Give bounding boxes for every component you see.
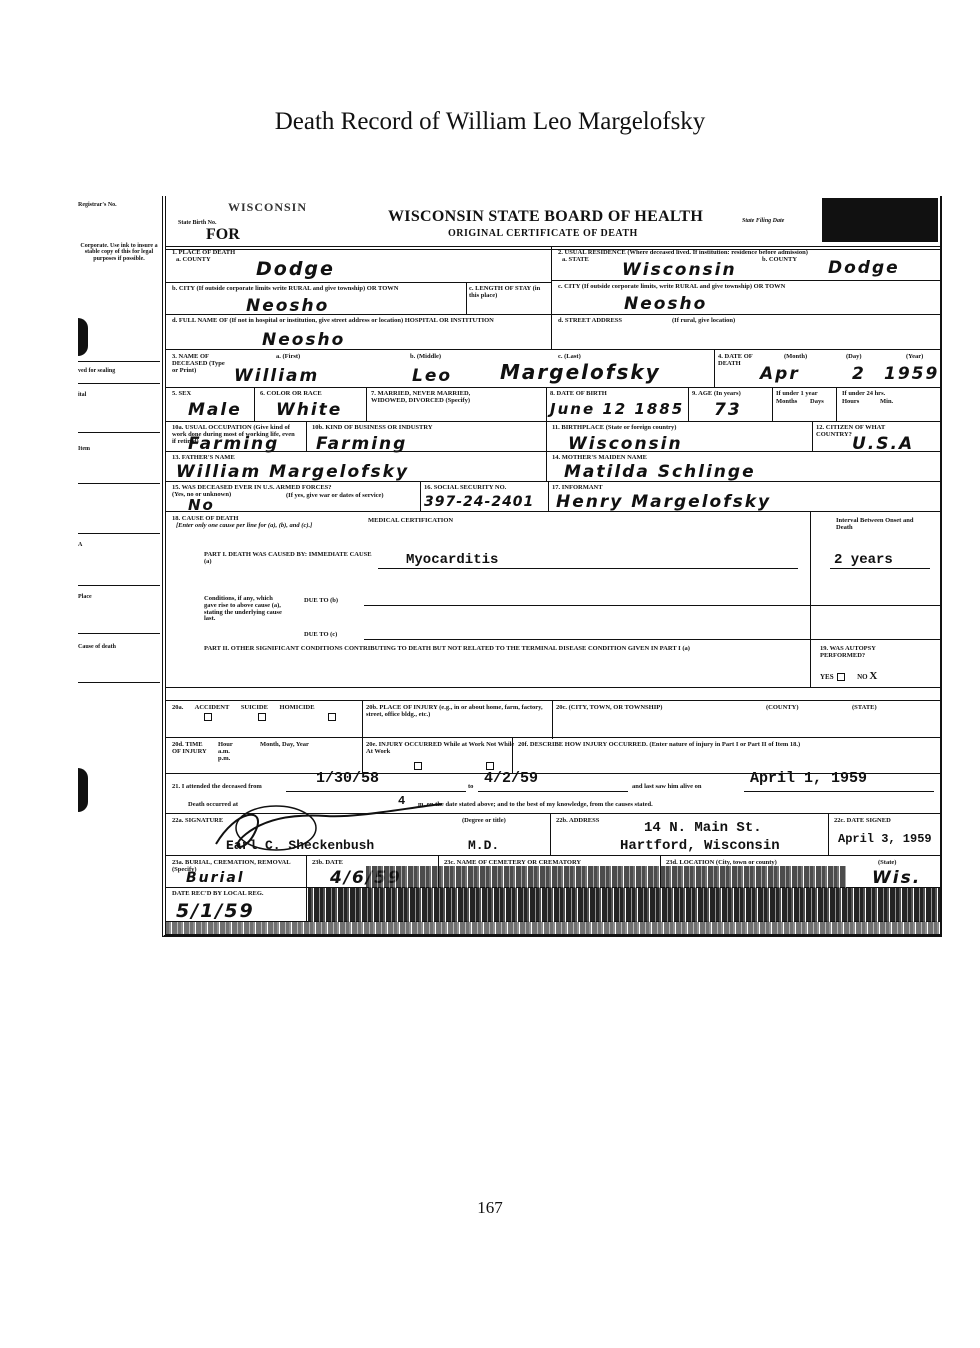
father-name-value: William Margelofsky (176, 462, 409, 482)
immediate-cause-value: Myocarditis (406, 552, 498, 568)
margin-divider (78, 585, 160, 586)
first-name-label: a. (First) (276, 354, 300, 361)
divider (362, 738, 363, 774)
address-label: 22b. ADDRESS (556, 818, 599, 825)
death-occurred-text: m. on the date stated above; and to the … (418, 802, 653, 809)
minutes-label: Min. (880, 399, 893, 406)
margin-divider (78, 682, 160, 683)
age-label: 9. AGE (In years) (692, 391, 741, 398)
divider (366, 388, 367, 422)
street-address-label: d. STREET ADDRESS (558, 318, 622, 325)
burial-state-label: (State) (878, 860, 896, 867)
burial-value: Burial (186, 870, 245, 886)
divider (714, 350, 715, 388)
under-year-label: If under 1 year (776, 391, 818, 398)
last-saw-value: April 1, 1959 (750, 770, 867, 787)
autopsy-no-checkbox[interactable]: X (869, 670, 877, 682)
divider (772, 388, 773, 422)
divider (306, 888, 307, 922)
to-label: to (468, 784, 473, 791)
residence-state-value: Wisconsin (622, 260, 737, 280)
residence-county-value: Dodge (828, 258, 900, 278)
months-label: Months (776, 399, 797, 406)
dob-label: 8. DATE OF BIRTH (550, 391, 607, 398)
stamp-for: FOR (206, 226, 240, 244)
signature-row: 22a. SIGNATURE Earl C. Sheckenbush (Degr… (166, 814, 940, 856)
divider (550, 814, 551, 856)
state-board-heading: WISCONSIN STATE BOARD OF HEALTH (388, 208, 703, 226)
death-county-value: Dodge (256, 258, 335, 280)
residence-city-value: Neosho (624, 294, 707, 314)
injury-time-row: 20d. TIME OF INJURY Hour a.m. p.m. Month… (166, 738, 940, 774)
marital-status-label: 7. MARRIED, NEVER MARRIED, WIDOWED, DIVO… (371, 391, 496, 405)
death-certificate: WISCONSIN State Birth No. FOR WISCONSIN … (162, 196, 942, 937)
under-day-label: If under 24 hrs. (842, 391, 885, 398)
underline (286, 791, 466, 792)
divider (552, 314, 940, 315)
redacted-box (822, 198, 938, 242)
part2-label: PART II. OTHER SIGNIFICANT CONDITIONS CO… (204, 646, 764, 653)
ssn-value: 397-24-2401 (424, 494, 534, 510)
month-day-year-label: Month, Day, Year (260, 742, 309, 749)
certificate-header: WISCONSIN State Birth No. FOR WISCONSIN … (166, 196, 940, 250)
scan-damage (166, 922, 940, 934)
divider (254, 388, 255, 422)
mother-name-label: 14. MOTHER'S MAIDEN NAME (552, 455, 647, 462)
conditions-label: Conditions, if any, which gave rise to a… (204, 596, 282, 623)
margin-item: Cause of death (78, 644, 160, 650)
underline (830, 568, 930, 569)
day-label: (Day) (846, 354, 862, 361)
armed-forces-hint: (If yes, give war or dates of service) (286, 493, 384, 500)
occupation-row: 10a. USUAL OCCUPATION (Give kind of work… (166, 422, 940, 452)
occupation-value: Farming (188, 434, 279, 454)
margin-divider (78, 533, 160, 534)
underline (478, 791, 628, 792)
injury-type-row: 20a. ACCIDENT SUICIDE HOMICIDE 20b. PLAC… (166, 700, 940, 738)
informant-label: 17. INFORMANT (552, 485, 603, 492)
address-line2: Hartford, Wisconsin (620, 838, 780, 854)
informant-value: Henry Margelofsky (556, 492, 771, 512)
margin-divider (78, 383, 160, 384)
due-to-c-label: DUE TO (c) (304, 632, 337, 639)
sex-value: Male (188, 400, 242, 420)
birthplace-value: Wisconsin (568, 434, 683, 454)
attended-to-value: 4/2/59 (484, 770, 538, 787)
page-title: Death Record of William Leo Margelofsky (0, 108, 980, 136)
time-of-injury-label: 20d. TIME OF INJURY (172, 742, 212, 756)
days-label: Days (810, 399, 824, 406)
divider (828, 814, 829, 856)
armed-forces-row: 15. WAS DECEASED EVER IN U.S. ARMED FORC… (166, 482, 940, 512)
business-value: Farming (316, 434, 407, 454)
margin-item: A (78, 542, 160, 548)
citizen-value: U.S.A (852, 434, 914, 454)
business-label: 10b. KIND OF BUSINESS OR INDUSTRY (312, 425, 542, 432)
divider (688, 388, 689, 422)
injury-county-label: (COUNTY) (766, 705, 799, 712)
race-label: 6. COLOR OR RACE (260, 391, 322, 398)
divider (812, 422, 813, 452)
date-signed-value: April 3, 1959 (838, 832, 932, 846)
part1-label: PART I. DEATH WAS CAUSED BY: IMMEDIATE C… (204, 552, 374, 566)
autopsy-options: YES NO X (820, 670, 877, 682)
residence-state-label: a. STATE (562, 257, 589, 264)
age-value: 73 (714, 400, 742, 420)
divider (836, 388, 837, 422)
injury-state-label: (STATE) (852, 705, 877, 712)
race-value: White (276, 400, 342, 420)
divider (512, 738, 513, 774)
autopsy-yes-label: YES (820, 673, 834, 681)
father-name-label: 13. FATHER'S NAME (172, 455, 235, 462)
middle-name-label: b. (Middle) (410, 354, 441, 361)
divider (466, 282, 467, 314)
parents-row: 13. FATHER'S NAME William Margelofsky 14… (166, 452, 940, 482)
punch-hole-mark (78, 768, 88, 812)
deceased-name-row: 3. NAME OF DECEASED (Type or Print) a. (… (166, 350, 940, 388)
hospital-label: d. FULL NAME OF (If not in hospital or i… (172, 318, 547, 325)
scan-damage (366, 866, 846, 888)
punch-hole-mark (78, 318, 88, 356)
at-work-checkbox[interactable] (414, 762, 422, 770)
year-label: (Year) (906, 354, 923, 361)
last-saw-label: and last saw him alive on (632, 784, 702, 791)
divider (552, 701, 553, 739)
divider (548, 482, 549, 512)
stamp-text: WISCONSIN (228, 200, 307, 215)
date-received-value: 5/1/59 (176, 900, 255, 922)
divider (362, 701, 363, 739)
divider (552, 280, 940, 281)
autopsy-no-label: NO (857, 673, 868, 681)
physician-name: Earl C. Sheckenbush (226, 838, 374, 853)
residence-county-label: b. COUNTY (762, 257, 797, 264)
death-day-value: 2 (852, 364, 866, 384)
place-of-injury-label: 20b. PLACE OF INJURY (e.g., in or about … (366, 705, 546, 719)
sex-label: 5. SEX (172, 391, 191, 398)
margin-divider (78, 483, 160, 484)
burial-row: 23a. BURIAL, CREMATION, REMOVAL (Specify… (166, 856, 940, 888)
attended-from-value: 1/30/58 (316, 770, 379, 787)
month-label: (Month) (784, 354, 807, 361)
not-at-work-checkbox[interactable] (486, 762, 494, 770)
divider (306, 856, 307, 888)
middle-name-value: Leo (412, 366, 452, 386)
length-of-stay-label: c. LENGTH OF STAY (in this place) (469, 286, 549, 300)
death-month-value: Apr (760, 364, 800, 384)
vital-stats-row: 5. SEX Male 6. COLOR OR RACE White 7. MA… (166, 388, 940, 422)
county-label: a. COUNTY (176, 257, 211, 264)
margin-divider (78, 361, 160, 362)
divider (546, 452, 547, 482)
margin-divider (78, 432, 160, 433)
death-city-value: Neosho (246, 296, 329, 316)
hospital-value: Neosho (262, 330, 345, 350)
scan-damage (308, 888, 940, 922)
registrar-no-label: Registrar's No. (78, 202, 160, 208)
date-signed-label: 22c. DATE SIGNED (834, 818, 891, 825)
first-name-value: William (234, 366, 319, 386)
margin-item: Item (78, 446, 160, 452)
usual-residence-section: 2. USUAL RESIDENCE (Where deceased lived… (552, 246, 940, 350)
registrar-row: DATE REC'D BY LOCAL REG. 5/1/59 (166, 888, 940, 922)
margin-item: ital (78, 392, 160, 398)
mother-name-value: Matilda Schlinge (564, 462, 756, 482)
suicide-checkbox[interactable] (258, 713, 266, 721)
divider (420, 482, 421, 512)
divider (810, 512, 811, 688)
street-address-hint: (If rural, give location) (672, 318, 735, 325)
place-of-death-section: 1. PLACE OF DEATH a. COUNTY Dodge b. CIT… (166, 246, 552, 350)
deceased-name-label: 3. NAME OF DECEASED (Type or Print) (172, 354, 232, 374)
state-filing-date-label: State Filing Date (742, 218, 784, 224)
address-line1: 14 N. Main St. (644, 820, 762, 836)
divider (306, 422, 307, 452)
burial-state-value: Wis. (872, 868, 921, 888)
homicide-checkbox[interactable] (328, 713, 336, 721)
underline (378, 568, 798, 569)
injury-occurred-label: 20e. INJURY OCCURRED While at Work Not W… (366, 742, 516, 756)
medical-certification-label: MEDICAL CERTIFICATION (368, 518, 453, 525)
divider (546, 422, 547, 452)
burial-date-label: 23b. DATE (312, 860, 343, 867)
due-to-b-label: DUE TO (b) (304, 598, 338, 605)
autopsy-label: 19. WAS AUTOPSY PERFORMED? (820, 646, 900, 660)
accident-checkbox[interactable] (204, 713, 212, 721)
injury-type-label: 20a. ACCIDENT SUICIDE HOMICIDE (172, 705, 315, 712)
residence-city-label: c. CITY (If outside corporate limits, wr… (558, 284, 858, 291)
date-received-label: DATE REC'D BY LOCAL REG. (172, 891, 264, 898)
divider (546, 388, 547, 422)
divider (166, 282, 552, 283)
city-label: b. CITY (If outside corporate limits wri… (172, 286, 467, 293)
margin-item: ved for sealing (78, 368, 160, 374)
degree-label: (Degree or title) (462, 818, 506, 825)
interval-label: Interval Between Onset and Death (836, 518, 926, 532)
dob-value: June 12 1885 (550, 400, 684, 418)
hours-label: Hours (842, 399, 859, 406)
certificate-title: ORIGINAL CERTIFICATE OF DEATH (448, 228, 638, 239)
injury-location-label: 20c. (CITY, TOWN, OR TOWNSHIP) (556, 705, 662, 712)
birthplace-label: 11. BIRTHPLACE (State or foreign country… (552, 425, 676, 432)
margin-divider (78, 633, 160, 634)
autopsy-yes-checkbox[interactable] (837, 673, 845, 681)
page-number: 167 (0, 1198, 980, 1218)
attended-label: 21. I attended the deceased from (172, 784, 262, 791)
interval-value: 2 years (834, 552, 893, 568)
divider (166, 314, 552, 315)
margin-instructions: Corporate. Use ink to insure a stable co… (78, 243, 160, 262)
cause-of-death-hint: [Enter only one cause per line for (a), … (176, 523, 312, 530)
date-of-death-label: 4. DATE OF DEATH (718, 354, 754, 368)
cause-of-death-section: 18. CAUSE OF DEATH [Enter only one cause… (166, 512, 940, 688)
underline (364, 605, 940, 606)
last-name-value: Margelofsky (500, 360, 661, 384)
underline (364, 639, 940, 640)
describe-injury-label: 20f. DESCRIBE HOW INJURY OCCURRED. (Ente… (518, 742, 800, 749)
ssn-label: 16. SOCIAL SECURITY NO. (424, 485, 506, 492)
death-year-value: 1959 (884, 364, 939, 384)
underline (744, 791, 934, 792)
degree-value: M.D. (468, 838, 499, 853)
margin-item: Place (78, 594, 160, 600)
hour-label: Hour a.m. p.m. (218, 742, 240, 762)
